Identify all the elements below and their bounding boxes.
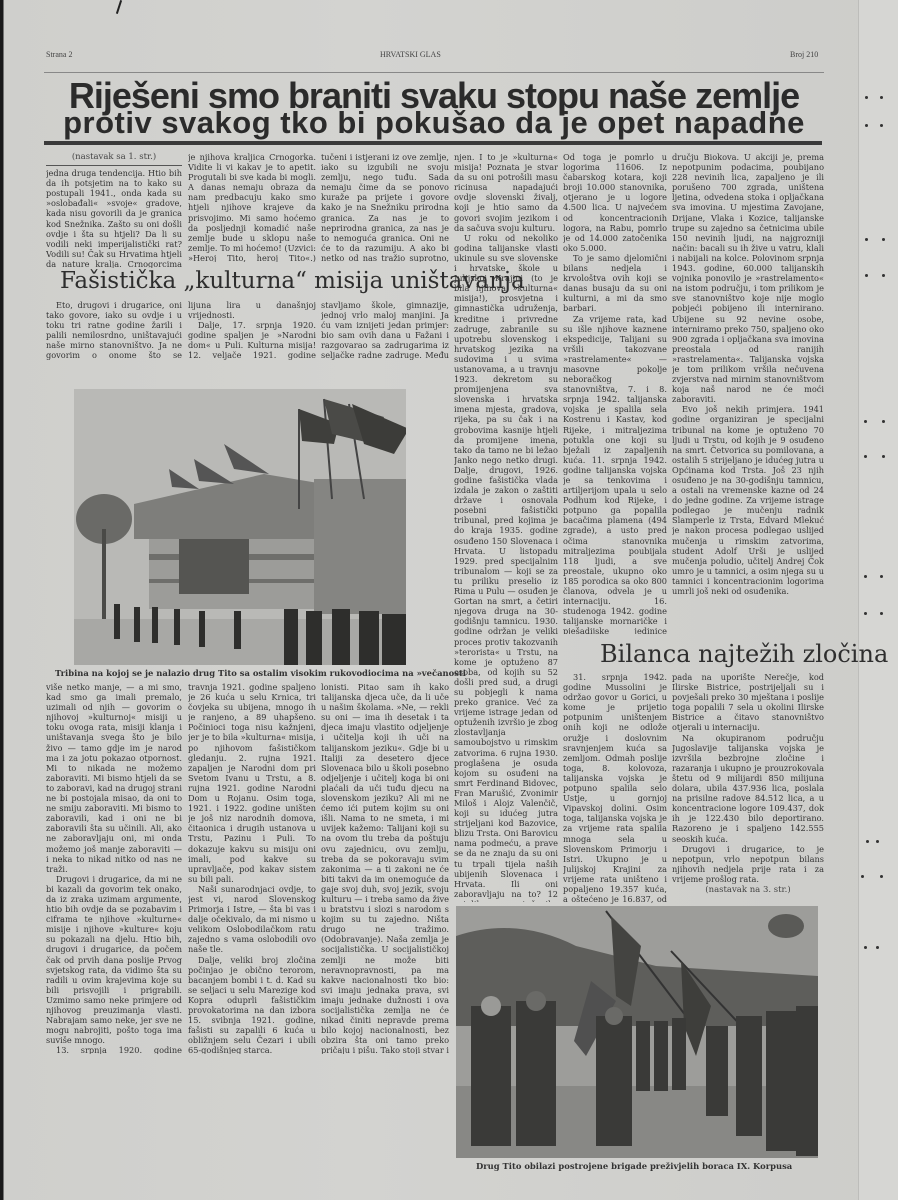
column-6-bilanca: pada na uporište Nerečje, kod Ilirske Bi… xyxy=(672,672,824,904)
paragraph: 31. srpnja 1942. godine Mussolini je odr… xyxy=(563,672,667,904)
column-5: Od toga je pomrlo u logorima 11606. Iz č… xyxy=(563,152,667,634)
margin-mark xyxy=(876,840,879,843)
margin-mark xyxy=(880,612,883,615)
margin-mark xyxy=(880,575,883,578)
photo-brigade xyxy=(456,906,818,1158)
paragraph: više netko manje, — a mi smo, kad smo ga… xyxy=(46,682,182,874)
margin-mark xyxy=(882,274,885,277)
paragraph: travnja 1921. godine spaljeno je 26 kuća… xyxy=(188,682,316,884)
margin-mark xyxy=(882,238,885,241)
paragraph: jedna druga tendencija. Htio bih da ih p… xyxy=(46,168,182,268)
header-rule xyxy=(44,72,824,73)
margin-mark xyxy=(880,875,883,878)
margin-mark xyxy=(864,455,867,458)
paragraph: lonisti. Pitao sam ih kako talijanska dj… xyxy=(321,682,449,1054)
paragraph: stavljamo škole, gimnazije, jednoj vrlo … xyxy=(321,300,449,362)
paragraph: U roku od nekoliko godina talijanske vla… xyxy=(454,233,558,902)
subheading-crimes-balance: Bilanca najtežih zločina xyxy=(600,640,888,668)
issue-number: Broj 210 xyxy=(790,50,818,64)
paragraph: dručju Biokova. U akciji je, prema nepot… xyxy=(672,152,824,404)
margin-mark xyxy=(876,946,879,949)
margin-mark xyxy=(882,420,885,423)
column-3-mid: stavljamo škole, gimnazije, jednoj vrlo … xyxy=(321,300,449,362)
paragraph: 13. srpnja 1920. godine tršćanski fašist… xyxy=(46,1045,182,1054)
paragraph: lijuna lira u današnjoj vrijednosti. xyxy=(188,300,316,320)
column-3-top: tučeni i istjerani iz ove zemlje, iako s… xyxy=(321,152,449,262)
paragraph: Eto, drugovi i drugarice, oni tako govor… xyxy=(46,300,182,362)
paragraph: Na okupiranom području Jugoslavije talij… xyxy=(672,733,824,844)
photo-tribune xyxy=(74,389,406,665)
headline-rule xyxy=(44,141,822,145)
margin-mark xyxy=(880,124,883,127)
margin-mark xyxy=(861,875,864,878)
photo-tito-inspecting-brigade-icon xyxy=(456,906,818,1158)
margin-mark xyxy=(880,96,883,99)
divider xyxy=(46,165,182,166)
photo-tribune-with-flags-icon xyxy=(74,389,406,665)
margin-mark xyxy=(865,124,868,127)
paragraph: Naši sunarodnjaci ovdje, to jest vi, nar… xyxy=(188,884,316,955)
column-2-top: je njihova kraljica Crnogorka. Vidite li… xyxy=(188,152,316,262)
margin-mark xyxy=(864,946,867,949)
column-1-bottom: više netko manje, — a mi smo, kad smo ga… xyxy=(46,682,182,1054)
paragraph: Od toga je pomrlo u logorima 11606. Iz č… xyxy=(563,152,667,253)
column-4: njen. I to je »kulturna« misija! Poznata… xyxy=(454,152,558,902)
column-5-bilanca: 31. srpnja 1942. godine Mussolini je odr… xyxy=(563,672,667,904)
paragraph: Evo još nekih primjera. 1941 godine orga… xyxy=(672,404,824,596)
page-margin xyxy=(858,0,898,1200)
margin-mark xyxy=(864,420,867,423)
paragraph: Dalje, veliki broj zločina počinjao je o… xyxy=(188,955,316,1054)
margin-mark xyxy=(866,840,869,843)
margin-mark xyxy=(865,96,868,99)
paragraph: njen. I to je »kulturna« misija! Poznata… xyxy=(454,152,558,233)
paragraph: Dalje, 17. srpnja 1920. godine spaljen j… xyxy=(188,320,316,362)
paragraph: pada na uporište Nerečje, kod Ilirske Bi… xyxy=(672,672,824,733)
column-1-top: (nastavak sa 1. str.) jedna druga tenden… xyxy=(46,152,182,268)
margin-mark xyxy=(865,274,868,277)
margin-mark xyxy=(882,455,885,458)
column-2-mid: lijuna lira u današnjoj vrijednosti. Dal… xyxy=(188,300,316,362)
paragraph: Za vrijeme rata, kad su išle njihove kaz… xyxy=(563,314,667,635)
column-3-bottom: lonisti. Pitao sam ih kako talijanska dj… xyxy=(321,682,449,1054)
paragraph: Drugovi i drugarice, da mi ne bi kazali … xyxy=(46,874,182,1046)
margin-mark xyxy=(864,612,867,615)
continued-from-label: (nastavak sa 1. str.) xyxy=(46,152,182,162)
paper-name: HRVATSKI GLAS xyxy=(380,50,441,64)
photo-tribune-caption: Tribina na kojoj se je nalazio drug Tito… xyxy=(55,668,466,678)
paragraph: To je samo djelomični bilans nedjela i k… xyxy=(563,253,667,314)
margin-mark xyxy=(865,238,868,241)
column-6: dručju Biokova. U akciji je, prema nepot… xyxy=(672,152,824,634)
column-1-mid: Eto, drugovi i drugarice, oni tako govor… xyxy=(46,300,182,362)
paragraph: Drugovi i drugarice, to je nepotpun, vrl… xyxy=(672,844,824,884)
ink-mark xyxy=(116,0,122,14)
photo-brigade-caption: Drug Tito obilazi postrojene brigade pre… xyxy=(476,1161,792,1171)
column-2-bottom: travnja 1921. godine spaljeno je 26 kuća… xyxy=(188,682,316,1054)
page-number: Strana 2 xyxy=(46,50,72,64)
continued-on-label: (nastavak na 3. str.) xyxy=(672,885,824,895)
headline-line2: protiv svakog tko bi pokušao da je opet … xyxy=(44,108,824,138)
newspaper-page: Strana 2 HRVATSKI GLAS Broj 210 Riješeni… xyxy=(0,0,898,1200)
paragraph: je njihova kraljica Crnogorka. Vidite li… xyxy=(188,152,316,262)
paragraph: tučeni i istjerani iz ove zemlje, iako s… xyxy=(321,152,449,262)
margin-mark xyxy=(864,575,867,578)
